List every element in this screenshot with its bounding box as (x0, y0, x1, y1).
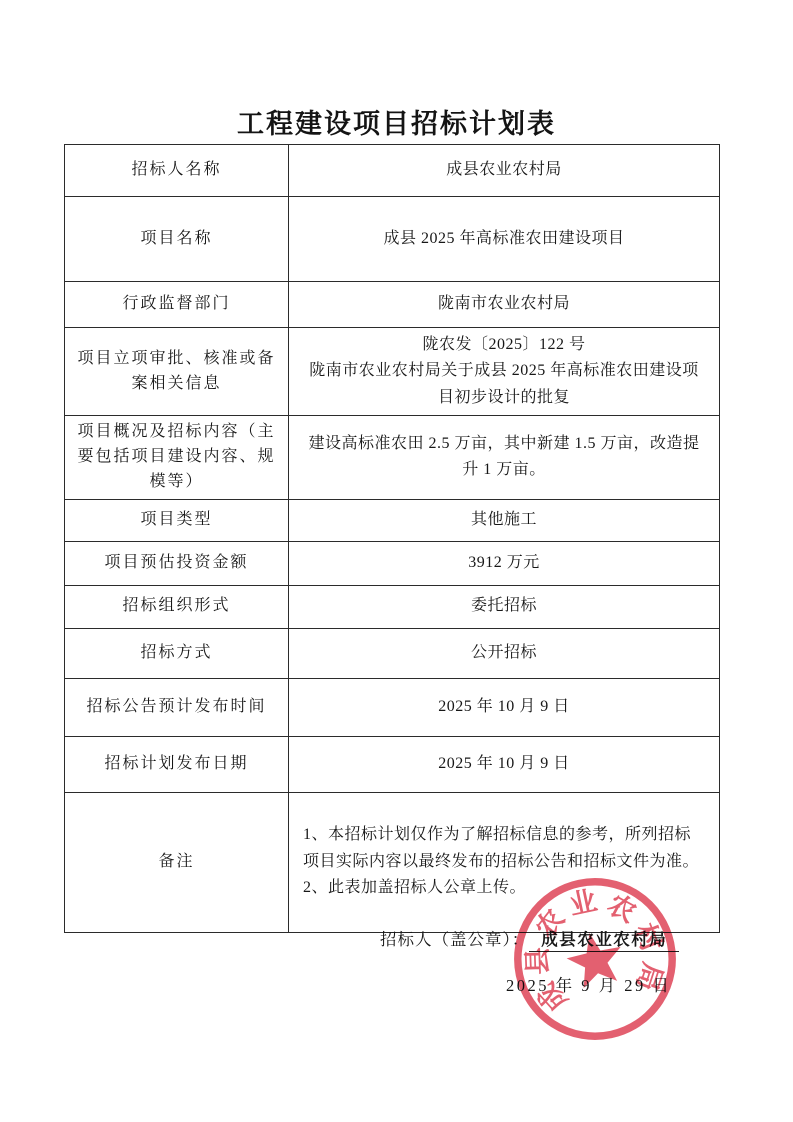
table-row: 招标方式公开招标 (65, 628, 720, 678)
row-label: 项目类型 (65, 499, 289, 541)
row-value: 3912 万元 (289, 541, 720, 585)
scanned-document-page: 工程建设项目招标计划表 招标人名称成县农业农村局项目名称成县 2025 年高标准… (0, 0, 793, 1122)
star-icon (562, 927, 627, 990)
seal-graphic: 成县农业农村局 (497, 861, 694, 1058)
row-label: 项目立项审批、核准或备案相关信息 (65, 328, 289, 416)
row-label: 项目名称 (65, 197, 289, 282)
row-label: 招标组织形式 (65, 585, 289, 628)
row-label: 行政监督部门 (65, 282, 289, 328)
row-label: 招标人名称 (65, 145, 289, 197)
page-title: 工程建设项目招标计划表 (0, 102, 793, 141)
seal-char: 业 (567, 885, 601, 920)
seal-char: 县 (522, 947, 553, 975)
row-label: 招标方式 (65, 628, 289, 678)
table-row: 招标人名称成县农业农村局 (65, 145, 720, 197)
row-value-line: 陇农发〔2025〕122 号 (303, 332, 705, 358)
table-row: 项目立项审批、核准或备案相关信息陇农发〔2025〕122 号陇南市农业农村局关于… (65, 328, 720, 416)
table-row: 行政监督部门陇南市农业农村局 (65, 282, 720, 328)
row-value: 陇南市农业农村局 (289, 282, 720, 328)
row-value: 2025 年 10 月 9 日 (289, 736, 720, 792)
row-value: 陇农发〔2025〕122 号陇南市农业农村局关于成县 2025 年高标准农田建设… (289, 328, 720, 416)
row-value: 建设高标准农田 2.5 万亩，其中新建 1.5 万亩，改造提升 1 万亩。 (289, 416, 720, 499)
row-label: 备注 (65, 792, 289, 932)
row-label: 招标计划发布日期 (65, 736, 289, 792)
bidding-plan-table: 招标人名称成县农业农村局项目名称成县 2025 年高标准农田建设项目行政监督部门… (64, 144, 720, 933)
row-value: 公开招标 (289, 628, 720, 678)
row-value: 成县农业农村局 (289, 145, 720, 197)
table-row: 招标组织形式委托招标 (65, 585, 720, 628)
row-label: 项目概况及招标内容（主要包括项目建设内容、规模等） (65, 416, 289, 499)
table-row: 项目名称成县 2025 年高标准农田建设项目 (65, 197, 720, 282)
row-label: 招标公告预计发布时间 (65, 678, 289, 736)
row-value: 其他施工 (289, 499, 720, 541)
row-value: 2025 年 10 月 9 日 (289, 678, 720, 736)
table-row: 招标公告预计发布时间2025 年 10 月 9 日 (65, 678, 720, 736)
table-row: 项目概况及招标内容（主要包括项目建设内容、规模等）建设高标准农田 2.5 万亩，… (65, 416, 720, 499)
row-value-line: 陇南市农业农村局关于成县 2025 年高标准农田建设项目初步设计的批复 (303, 358, 705, 411)
official-seal-stamp: 成县农业农村局 (497, 861, 694, 1058)
table-row: 项目预估投资金额3912 万元 (65, 541, 720, 585)
table-row: 项目类型其他施工 (65, 499, 720, 541)
table-row: 招标计划发布日期2025 年 10 月 9 日 (65, 736, 720, 792)
row-label: 项目预估投资金额 (65, 541, 289, 585)
row-value: 委托招标 (289, 585, 720, 628)
row-value: 成县 2025 年高标准农田建设项目 (289, 197, 720, 282)
